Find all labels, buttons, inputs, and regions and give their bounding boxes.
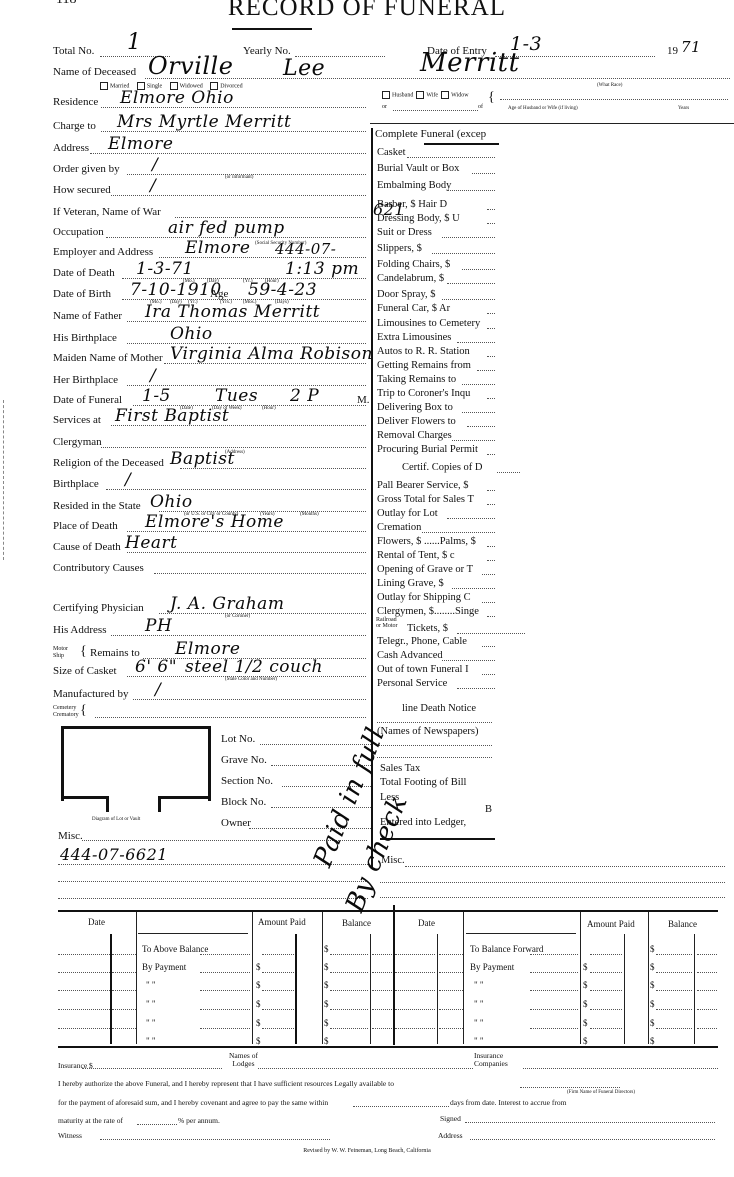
ledger-date-cell[interactable] xyxy=(439,1028,463,1029)
charge-item-line xyxy=(462,269,495,270)
deceased-last-name[interactable]: Merritt xyxy=(420,48,520,78)
remains-to-prefix-0: Motor xyxy=(53,646,68,652)
ledger-left-row-label: " " xyxy=(146,1036,156,1046)
ledger-date-cell[interactable] xyxy=(58,972,110,973)
date-of-birth-label: Date of Birth xyxy=(53,288,111,300)
charge-item[interactable]: Suit or Dress xyxy=(377,227,432,238)
ledger-left-date-header: Date xyxy=(88,917,105,927)
or-line xyxy=(393,110,478,111)
remains-to-prefix-1: Ship xyxy=(53,653,64,659)
ledger-amount-cell[interactable] xyxy=(656,990,692,991)
charge-item[interactable]: Lining Grave, $ xyxy=(377,578,444,589)
charge-item-line xyxy=(487,356,495,357)
cause-of-death-label: Cause of Death xyxy=(53,541,121,553)
remains-to-label: Remains to xyxy=(90,647,140,659)
charge-item[interactable]: Trip to Coroner's Inqu xyxy=(377,388,470,399)
revised-credit: Revised by W. W. Feineman, Long Beach, C… xyxy=(0,1148,734,1154)
charges-top-rule xyxy=(370,123,734,124)
ledger-amount-cell[interactable] xyxy=(697,954,717,955)
charge-item-line xyxy=(482,646,495,647)
charge-item[interactable]: Pall Bearer Service, $ xyxy=(377,480,469,491)
rate-line xyxy=(137,1124,177,1125)
ledger-amount-cell[interactable] xyxy=(330,972,368,973)
certifying-physician-value[interactable]: J. A. Graham xyxy=(170,594,284,614)
ledger-date-cell[interactable] xyxy=(58,990,110,991)
ledger-right-date-header: Date xyxy=(418,918,435,928)
order-given-by-label: Order given by xyxy=(53,163,120,175)
misc-value[interactable]: 444-07-6621 xyxy=(60,845,168,864)
widow-label: Widow xyxy=(451,92,468,98)
charge-item[interactable]: Casket xyxy=(377,147,406,158)
charge-item-line xyxy=(487,223,495,224)
charge-item-line xyxy=(457,688,495,689)
if-veteran-name-of-war-label: If Veteran, Name of War xyxy=(53,206,161,218)
witness-line[interactable] xyxy=(100,1139,330,1140)
ledger-right-amount-divider xyxy=(580,912,581,1044)
ledger-amount-cell[interactable] xyxy=(330,1009,368,1010)
clergyman-line xyxy=(101,447,366,448)
lodges-label: Names ofLodges xyxy=(229,1052,258,1068)
ledger-amount-cell[interactable] xyxy=(372,972,392,973)
charge-item-line xyxy=(442,299,495,300)
his-address-value[interactable]: PH xyxy=(145,616,172,636)
charge-item[interactable]: Certif. Copies of D xyxy=(402,462,483,473)
total-no-value[interactable]: 1 xyxy=(127,30,142,55)
currency-symbol: $ xyxy=(650,944,655,954)
ledger-amount-cell[interactable] xyxy=(262,1028,294,1029)
husband-label: Husband xyxy=(392,92,413,98)
ledger-date-cell[interactable] xyxy=(112,972,136,973)
total-footing-label: Total Footing of Bill xyxy=(380,777,466,788)
complete-funeral-header: Complete Funeral (excep xyxy=(375,128,486,140)
charge-item[interactable]: Burial Vault or Box xyxy=(377,163,459,174)
ledger-amount-cell[interactable] xyxy=(656,1009,692,1010)
ledger-date-cell[interactable] xyxy=(439,972,463,973)
currency-symbol: $ xyxy=(256,980,261,990)
ledger-amount-cell[interactable] xyxy=(200,1009,250,1010)
percent-text: % per annum. xyxy=(178,1116,220,1125)
years-label: Years xyxy=(678,106,689,111)
ledger-amount-cell[interactable] xyxy=(530,1028,578,1029)
date-of-birth-value[interactable]: 7-10-1910 xyxy=(130,280,222,300)
charge-item[interactable]: Folding Chairs, $ xyxy=(377,259,450,270)
cemetery-crematory-brace-icon: { xyxy=(80,703,87,719)
charge-item-line xyxy=(442,660,495,661)
diagram-caption: Diagram of Lot or Vault xyxy=(92,817,140,822)
name-of-father-value[interactable]: Ira Thomas Merritt xyxy=(145,302,320,322)
charge-item[interactable]: Opening of Grave or T xyxy=(377,564,473,575)
residence-label: Residence xyxy=(53,96,98,108)
size-of-casket-value[interactable]: 6' 6" xyxy=(135,657,177,677)
charge-item[interactable]: Slippers, $ xyxy=(377,243,422,254)
manufactured-by-line xyxy=(133,699,367,700)
currency-symbol: $ xyxy=(256,999,261,1009)
ledger-left-row-label: By Payment xyxy=(142,962,186,972)
manufactured-by-value[interactable]: / xyxy=(155,680,161,700)
her-birthplace-value[interactable]: / xyxy=(150,366,156,386)
date-of-funeral-hour[interactable]: 2 P xyxy=(290,386,319,406)
employer-and-address-ssn-value[interactable]: 444-07- xyxy=(275,240,336,258)
ledger-amount-cell[interactable] xyxy=(262,972,294,973)
address-line[interactable] xyxy=(470,1139,715,1140)
charge-item[interactable]: Clergymen, $........Singe xyxy=(377,606,479,617)
page-title: RECORD OF FUNERAL xyxy=(0,0,734,22)
date-of-birth-age-label: Age xyxy=(210,288,228,300)
ledger-amount-cell[interactable] xyxy=(330,1028,368,1029)
charge-item-line xyxy=(477,370,495,371)
address-value[interactable]: Elmore xyxy=(108,134,173,154)
religion-of-the-deceased-value[interactable]: Baptist xyxy=(170,449,235,469)
ledger-amount-cell[interactable] xyxy=(372,1009,392,1010)
ledger-amount-cell[interactable] xyxy=(590,1009,622,1010)
charge-item[interactable]: Cash Advanced xyxy=(377,650,443,661)
ledger-amount-cell[interactable] xyxy=(697,1028,717,1029)
ledger-amount-cell[interactable] xyxy=(590,972,622,973)
place-of-death-value[interactable]: Elmore's Home xyxy=(145,512,284,532)
charge-item-line xyxy=(442,237,495,238)
date-of-birth-age-value[interactable]: 59-4-23 xyxy=(248,280,317,300)
ledger-right-row-label: To Balance Forward xyxy=(470,944,543,954)
ledger-right-balcents-divider xyxy=(694,934,695,1044)
ledger-left-amount-divider xyxy=(252,912,253,1044)
ledger-date-cell[interactable] xyxy=(395,954,435,955)
misc-line-3 xyxy=(58,881,368,882)
husband-checkbox[interactable] xyxy=(382,91,390,99)
lot-field-label: Grave No. xyxy=(221,754,267,766)
deceased-first-name[interactable]: Orville xyxy=(148,52,233,80)
charge-item[interactable]: Removal Charges xyxy=(377,430,452,441)
charge-to-label: Charge to xyxy=(53,120,96,132)
ledger-amount-cell[interactable] xyxy=(262,1009,294,1010)
charge-item-line xyxy=(482,602,495,603)
ledger-amount-cell[interactable] xyxy=(656,972,692,973)
cemetery-crematory-prefix-1: Crematory xyxy=(53,712,79,718)
currency-symbol: $ xyxy=(324,980,329,990)
ledger-date-cell[interactable] xyxy=(395,1009,435,1010)
ledger-date-cell[interactable] xyxy=(395,1028,435,1029)
employer-and-address-label: Employer and Address xyxy=(53,246,153,258)
his-birthplace-value[interactable]: Ohio xyxy=(170,324,213,344)
charge-item-line xyxy=(432,253,495,254)
charge-item[interactable]: Rental of Tent, $ c xyxy=(377,550,455,561)
ledger-amount-cell[interactable] xyxy=(372,954,392,955)
misc-label: Misc. xyxy=(58,830,83,842)
ledger-left-balcents-divider xyxy=(370,934,371,1044)
notice-line-3 xyxy=(377,757,492,758)
ledger-right-balance-divider xyxy=(648,912,649,1044)
charge-item-line xyxy=(497,472,520,473)
ledger-amount-cell[interactable] xyxy=(656,954,692,955)
charge-item[interactable]: Out of town Funeral I xyxy=(377,664,469,675)
ledger-date-cell[interactable] xyxy=(58,954,110,955)
insurance-companies-label: InsuranceCompanies xyxy=(474,1052,508,1068)
charge-item[interactable]: Taking Remains to xyxy=(377,374,456,385)
occupation-value[interactable]: air fed pump xyxy=(168,218,285,238)
contributory-causes-label: Contributory Causes xyxy=(53,562,144,574)
charge-item-line xyxy=(482,674,495,675)
ledger-left-balance-header: Balance xyxy=(342,918,371,928)
currency-symbol: $ xyxy=(256,1036,261,1046)
wife-label: Wife xyxy=(426,92,438,98)
sales-tax-label: Sales Tax xyxy=(380,763,420,774)
ledger-right-amount-header: Amount Paid xyxy=(587,919,635,929)
charge-to-value[interactable]: Mrs Myrtle Merritt xyxy=(117,112,291,132)
ledger-right-balance-header: Balance xyxy=(668,919,697,929)
currency-symbol: $ xyxy=(324,1018,329,1028)
notice-line-2 xyxy=(377,745,492,746)
his-address-label: His Address xyxy=(53,624,106,636)
ledger-amount-cell[interactable] xyxy=(330,954,368,955)
charge-item-line xyxy=(487,546,495,547)
lot-field-label: Lot No. xyxy=(221,733,255,745)
newspapers-label: (Names of Newspapers) xyxy=(377,726,478,737)
diagram-foot-right xyxy=(158,796,208,799)
days-line xyxy=(353,1106,449,1107)
how-secured-label: How secured xyxy=(53,184,111,196)
signed-label: Signed xyxy=(440,1114,461,1123)
ledger-left-desc-rule xyxy=(138,933,248,934)
right-misc-line-1 xyxy=(405,866,725,867)
birthplace-line xyxy=(106,489,366,490)
currency-symbol: $ xyxy=(324,1036,329,1046)
ledger-date-cell[interactable] xyxy=(58,1009,110,1010)
ledger-amount-cell[interactable] xyxy=(330,990,368,991)
his-birthplace-label: His Birthplace xyxy=(53,332,117,344)
ledger-amount-cell[interactable] xyxy=(200,1028,250,1029)
signed-line[interactable] xyxy=(465,1122,715,1123)
ledger-top-rule xyxy=(58,910,718,912)
charge-item-line xyxy=(447,518,495,519)
ledger-amount-cell[interactable] xyxy=(530,1009,578,1010)
employer-and-address-value[interactable]: Elmore xyxy=(185,238,250,258)
order-given-by-sub-0: (or informant) xyxy=(225,175,253,180)
charge-item-line xyxy=(487,313,495,314)
ledger-amount-cell[interactable] xyxy=(262,954,294,955)
date-of-death-value[interactable]: 1-3-71 xyxy=(136,259,194,279)
ledger-right-row-label: " " xyxy=(474,980,484,990)
ledger-amount-cell[interactable] xyxy=(262,990,294,991)
ledger-bottom-rule xyxy=(58,1046,718,1048)
charge-item-line xyxy=(482,574,495,575)
ledger-date-cell[interactable] xyxy=(439,954,463,955)
ledger-amount-cell[interactable] xyxy=(697,990,717,991)
charge-item-line xyxy=(487,504,495,505)
married-checkbox[interactable] xyxy=(100,82,108,90)
insurance-line xyxy=(82,1068,222,1069)
diagram-foot-left xyxy=(61,796,108,799)
ledger-amount-cell[interactable] xyxy=(530,972,578,973)
currency-symbol: $ xyxy=(650,1018,655,1028)
lot-field-label: Block No. xyxy=(221,796,266,808)
how-secured-value[interactable]: / xyxy=(150,176,156,196)
name-of-father-label: Name of Father xyxy=(53,310,122,322)
charge-item[interactable]: Getting Remains from xyxy=(377,360,471,371)
what-race-label: (What Race) xyxy=(597,83,622,88)
currency-symbol: $ xyxy=(583,1018,588,1028)
currency-symbol: $ xyxy=(256,1018,261,1028)
year-value[interactable]: 71 xyxy=(681,38,701,56)
title-underline xyxy=(232,28,312,30)
charge-item[interactable]: Limousines to Cemetery xyxy=(377,318,480,329)
charge-item[interactable]: Outlay for Shipping C xyxy=(377,592,471,603)
balance-letter: B xyxy=(485,804,492,815)
charge-item[interactable]: Flowers, $ ......Palms, $ xyxy=(377,536,476,547)
deceased-middle-name[interactable]: Lee xyxy=(283,56,325,81)
charge-item[interactable]: Gross Total for Sales T xyxy=(377,494,474,505)
ledger-amount-cell[interactable] xyxy=(200,972,250,973)
ledger-left-row-label: " " xyxy=(146,999,156,1009)
lodges-text: Lodges xyxy=(232,1059,254,1068)
charge-item-line xyxy=(472,173,495,174)
currency-symbol: $ xyxy=(324,999,329,1009)
charge-item[interactable]: Autos to R. R. Station xyxy=(377,346,470,357)
firm-line xyxy=(520,1087,620,1088)
maiden-name-of-mother-value[interactable]: Virginia Alma Robison xyxy=(170,344,373,364)
ledger-amount-cell[interactable] xyxy=(200,954,250,955)
ledger-left-desc-divider xyxy=(136,912,137,1044)
ledger-amount-cell[interactable] xyxy=(697,1009,717,1010)
birthplace-value[interactable]: / xyxy=(125,470,131,490)
charge-item[interactable]: Tickets, $ xyxy=(407,623,448,634)
ledger-amount-cell[interactable] xyxy=(590,954,622,955)
resided-in-the-state-value[interactable]: Ohio xyxy=(150,492,193,512)
remains-to-prefix: MotorShip xyxy=(53,646,68,660)
ledger-amount-cell[interactable] xyxy=(530,954,578,955)
maiden-name-of-mother-label: Maiden Name of Mother xyxy=(53,352,163,364)
days-text: days from date. Interest to accrue from xyxy=(450,1098,566,1107)
ledger-left-row-label: " " xyxy=(146,1018,156,1028)
ledger-amount-cell[interactable] xyxy=(530,990,578,991)
age-spouse-label: Age of Husband or Wife (if living) xyxy=(508,106,578,111)
charge-item[interactable]: Embalming Body xyxy=(377,180,451,191)
currency-symbol: $ xyxy=(256,962,261,972)
charge-item[interactable]: Door Spray, $ xyxy=(377,289,436,300)
charge-item[interactable]: Candelabrum, $ xyxy=(377,273,444,284)
currency-symbol: $ xyxy=(650,962,655,972)
currency-symbol: $ xyxy=(583,1036,588,1046)
charge-item-line xyxy=(487,560,495,561)
misc-line-4 xyxy=(58,898,368,899)
charge-item-line xyxy=(487,454,495,455)
charge-item[interactable]: Cremation xyxy=(377,522,421,533)
currency-symbol: $ xyxy=(583,962,588,972)
residence-value[interactable]: Elmore Ohio xyxy=(120,88,234,108)
ledger-left-row-label: " " xyxy=(146,980,156,990)
certifying-physician-label: Certifying Physician xyxy=(53,602,144,614)
ledger-right-row-label: " " xyxy=(474,1018,484,1028)
date-of-funeral-day[interactable]: Tues xyxy=(215,386,258,406)
diagram-leg-left xyxy=(106,796,109,812)
charge-item[interactable]: Delivering Box to xyxy=(377,402,453,413)
spouse-name-line xyxy=(500,99,728,100)
charge-item-line xyxy=(462,412,495,413)
ledger-amount-cell[interactable] xyxy=(590,990,622,991)
size-of-casket-label: Size of Casket xyxy=(53,665,117,677)
firm-name-label: (Firm Name of Funeral Directors) xyxy=(567,1090,635,1095)
ledger-amount-cell[interactable] xyxy=(656,1028,692,1029)
charge-item-line xyxy=(487,398,495,399)
cemetery-crematory-prefix-0: Cemetery xyxy=(53,705,76,711)
ledger-right-desc-rule xyxy=(466,933,576,934)
charge-item[interactable]: Telegr., Phone, Cable xyxy=(377,636,467,647)
charge-item-line xyxy=(452,440,495,441)
ledger-date-cell[interactable] xyxy=(439,1009,463,1010)
certifying-physician-sub-0: (or Coroner) xyxy=(225,614,250,619)
ledger-date-cell[interactable] xyxy=(112,954,136,955)
remains-to-brace-icon: { xyxy=(80,644,87,660)
ledger-date-cell[interactable] xyxy=(439,990,463,991)
charge-item[interactable]: Outlay for Lot xyxy=(377,508,438,519)
year-prefix: 19 xyxy=(667,45,678,57)
charge-item-line xyxy=(447,190,495,191)
charge-item[interactable]: Extra Limousines xyxy=(377,332,451,343)
charge-item-line xyxy=(467,426,495,427)
her-birthplace-label: Her Birthplace xyxy=(53,374,118,386)
or-label: or xyxy=(382,104,387,110)
address-label: Address xyxy=(53,142,89,154)
charge-item[interactable]: Procuring Burial Permit xyxy=(377,444,478,455)
wife-checkbox[interactable] xyxy=(416,91,424,99)
brace-icon: { xyxy=(488,90,495,106)
charge-item[interactable]: Funeral Car, $ Ar xyxy=(377,303,450,314)
ledger-date-cell[interactable] xyxy=(112,1028,136,1029)
services-at-label: Services at xyxy=(53,414,101,426)
ledger-amount-cell[interactable] xyxy=(372,990,392,991)
charge-item-line xyxy=(487,209,495,210)
currency-symbol: $ xyxy=(324,962,329,972)
authorize-text: I hereby authorize the above Funeral, an… xyxy=(58,1079,394,1088)
cause-of-death-value[interactable]: Heart xyxy=(125,533,177,553)
lot-field-label: Owner xyxy=(221,817,251,829)
remains-to-value[interactable]: Elmore xyxy=(175,639,240,659)
charge-item[interactable]: Personal Service xyxy=(377,678,447,689)
ledger-amount-cell[interactable] xyxy=(372,1028,392,1029)
currency-symbol: $ xyxy=(650,999,655,1009)
date-of-funeral-value[interactable]: 1-5 xyxy=(142,386,171,406)
ledger-date-cell[interactable] xyxy=(112,990,136,991)
lot-diagram xyxy=(61,726,211,801)
ledger-amount-cell[interactable] xyxy=(590,1028,622,1029)
place-of-death-label: Place of Death xyxy=(53,520,118,532)
charge-item-line xyxy=(422,532,495,533)
spouse-status: Husband Wife Widow xyxy=(382,91,469,99)
ledger-date-cell[interactable] xyxy=(112,1009,136,1010)
date-of-death-hour[interactable]: 1:13 pm xyxy=(285,259,359,279)
ledger-amount-cell[interactable] xyxy=(697,972,717,973)
ledger-date-cell[interactable] xyxy=(58,1028,110,1029)
services-at-value[interactable]: First Baptist xyxy=(115,406,229,426)
ledger-date-cell[interactable] xyxy=(395,990,435,991)
lot-field-label: Section No. xyxy=(221,775,273,787)
name-of-deceased-label: Name of Deceased xyxy=(53,66,136,78)
currency-symbol: $ xyxy=(324,944,329,954)
of-label: of xyxy=(478,104,483,110)
widow-checkbox[interactable] xyxy=(441,91,449,99)
ledger-date-cell[interactable] xyxy=(395,972,435,973)
ledger-amount-cell[interactable] xyxy=(200,990,250,991)
cemetery-crematory-line xyxy=(95,717,366,718)
clergyman-label: Clergyman xyxy=(53,436,102,448)
resided-in-the-state-label: Resided in the State xyxy=(53,500,141,512)
charge-item[interactable]: Deliver Flowers to xyxy=(377,416,456,427)
charge-item-line xyxy=(457,633,525,634)
order-given-by-value[interactable]: / xyxy=(152,155,158,175)
manufactured-by-label: Manufactured by xyxy=(53,688,128,700)
size-of-casket-value-2[interactable]: steel 1/2 couch xyxy=(185,657,323,677)
ledger-left-cents-divider xyxy=(295,934,297,1044)
currency-symbol: $ xyxy=(650,1036,655,1046)
ledger-center-divider xyxy=(393,905,395,1045)
